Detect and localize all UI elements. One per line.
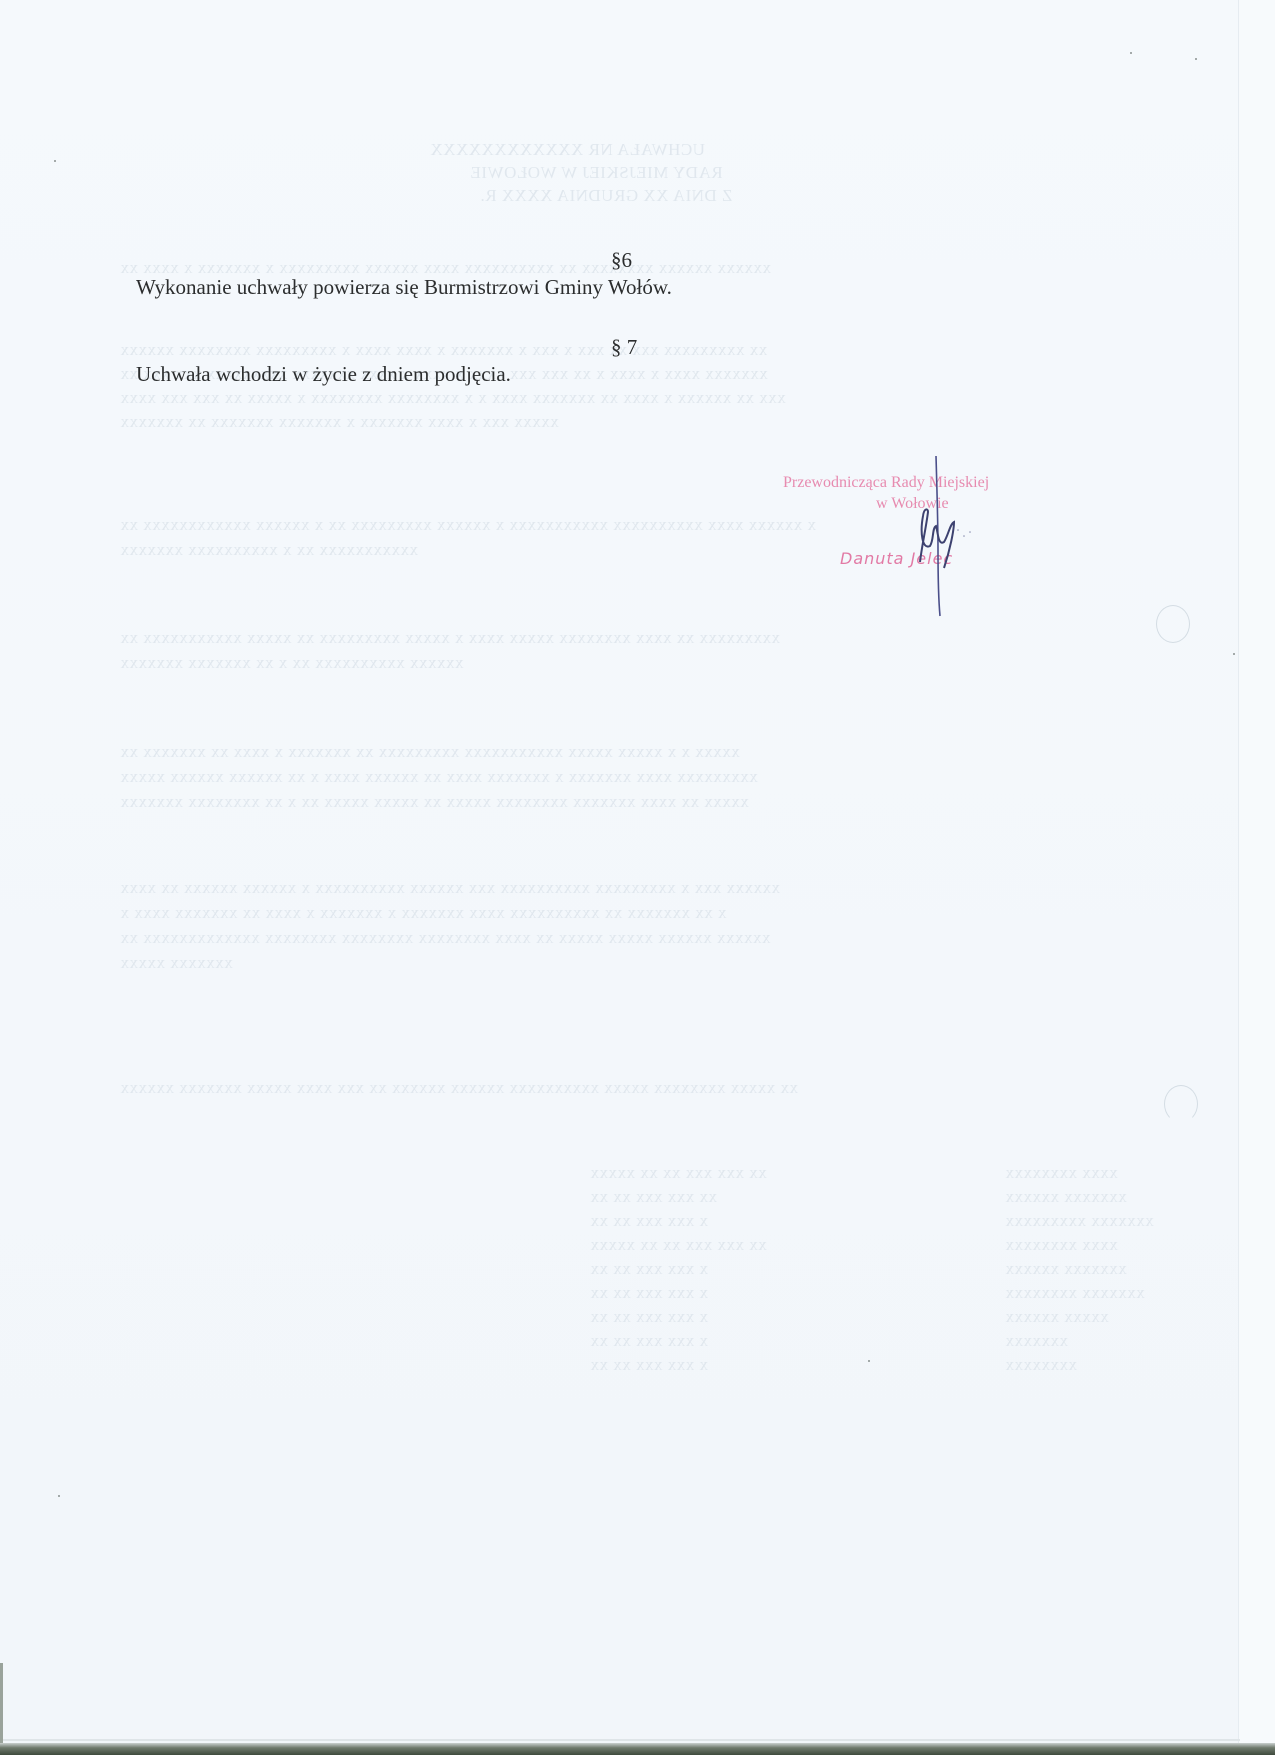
scan-speck — [1130, 52, 1132, 54]
bleed-through-text: xxxxxxxxxxx xx x xxxxxxxxxx xxxxxxx — [120, 540, 418, 560]
scanner-bottom-edge — [0, 1743, 1275, 1755]
page-right-edge — [1238, 0, 1275, 1750]
page-bottom-shadow — [0, 1739, 1240, 1741]
scanned-page: UCHWAŁA NR XXXXXXXXXXXX RADY MIEJSKIEJ W… — [0, 0, 1275, 1755]
bleed-through-text: xxxxxxxxx xx xxxx xxxxxxxx xxxxx xxxx x … — [120, 628, 780, 648]
scan-speck — [54, 160, 56, 162]
bleed-through-text: xxxxxxx — [1005, 1331, 1068, 1351]
bleed-through-text: xx xxx xxx xx xx — [590, 1187, 717, 1207]
bleed-through-text: xxxxxxxxx xxxx xxxxxxx x xxxxxxx xxxx xx… — [120, 767, 758, 787]
bleed-through-text: xxxxxx xxx x xxxxxxxxx xxxxxxxxxx xxx xx… — [120, 878, 780, 898]
section-6-text: Wykonanie uchwały powierza się Burmistrz… — [136, 275, 672, 300]
bleed-through-text: x xxx xxx xx xx — [590, 1355, 708, 1375]
bleed-through-text: xxxxxxxx — [1005, 1355, 1077, 1375]
bleed-through-text: x xxx xxx xx xx — [590, 1331, 708, 1351]
bleed-through-text: xxx xx xxxxxx x xxxx xx xxxxxxx xxxx x x… — [120, 388, 786, 408]
bleed-through-text: xx xxxxxxxxx xxx xx xxx x xxx x xxxxxxx … — [120, 340, 767, 360]
bleed-through-text: xxxxxx xxxxxx xxxxx xxxxx xx xxxx xxxxxx… — [120, 928, 771, 948]
scan-speck — [1195, 58, 1197, 60]
bleed-through-text: xxxxxxx xxxxxxxxx — [1005, 1211, 1154, 1231]
page-left-edge — [0, 1663, 3, 1743]
bleed-through-text: x xxx xxx xx xx — [590, 1307, 708, 1327]
bleed-through-text: xxxxxxx xxxxxxxx — [1005, 1283, 1145, 1303]
section-6-heading: §6 — [611, 248, 632, 273]
scan-speck — [868, 1360, 870, 1362]
bleed-through-text: xxxxxx xxxxxxxxxx xx x xx xxxxxxx xxxxxx… — [120, 653, 464, 673]
official-stamp: Przewodnicząca Rady Miejskiej w Wołowie … — [760, 450, 1090, 630]
bleed-through-text: xx xxx xxx xx xx xxxxx — [590, 1235, 767, 1255]
bleed-through-text: xxxxx xxx x xxxx xxxxxxx x xxxxxxx xxxxx… — [120, 412, 559, 432]
bleed-through-text: x xx xxxxxxx xx xxxxxxxxxx xxxx xxxxxxx … — [120, 903, 727, 923]
bleed-through-text: UCHWAŁA NR XXXXXXXXXXXX — [430, 140, 705, 160]
scan-speck — [1233, 653, 1235, 655]
bleed-through-text: xx xxx xxx xx xx xxxxx — [590, 1163, 767, 1183]
bleed-through-text: x xxx xxx xx xx — [590, 1211, 708, 1231]
bleed-through-text: x xxx xxx xx xx — [590, 1283, 708, 1303]
bleed-through-text: xxxxxxx xxxxxx — [1005, 1259, 1127, 1279]
bleed-through-text: xxxxx xx xxxx xxxxxxx xxxxxxxx xxxxx xx … — [120, 792, 749, 812]
section-7-heading: § 7 — [611, 335, 637, 360]
bleed-through-text: RADY MIEJSKIEJ W WOŁOWIE — [470, 163, 723, 183]
bleed-through-text: xxxxx xxxxxx — [1005, 1307, 1109, 1327]
punch-hole — [1164, 1085, 1198, 1123]
bleed-through-text: xxxxxxx xxxxx — [120, 953, 233, 973]
handwritten-signature — [760, 450, 1090, 630]
bleed-through-text: Z DNIA XX GRUDNIA XXXX R. — [480, 186, 732, 206]
bleed-through-text: xxxxxxx xxxxxx — [1005, 1187, 1127, 1207]
bleed-through-text: xxxx xxxxxxxx — [1005, 1235, 1118, 1255]
bleed-through-text: x xxx xxx xx xx — [590, 1259, 708, 1279]
bleed-through-text: xx xxxxx xxxxxxxx xxxxx xxxxxxxxxx xxxxx… — [120, 1078, 798, 1098]
punch-hole — [1156, 605, 1190, 643]
scan-speck — [58, 1495, 60, 1497]
bleed-through-text: xxxxx x x xxxxx xxxxx xxxxxxxxxxx xxxxxx… — [120, 742, 740, 762]
bleed-through-text: xxxx xxxxxxxx — [1005, 1163, 1118, 1183]
bleed-through-text: x xxxxxx xxxx xxxxxxxxxx xxxxxxxxxxx x x… — [120, 515, 816, 535]
section-7-text: Uchwała wchodzi w życie z dniem podjęcia… — [136, 362, 511, 387]
